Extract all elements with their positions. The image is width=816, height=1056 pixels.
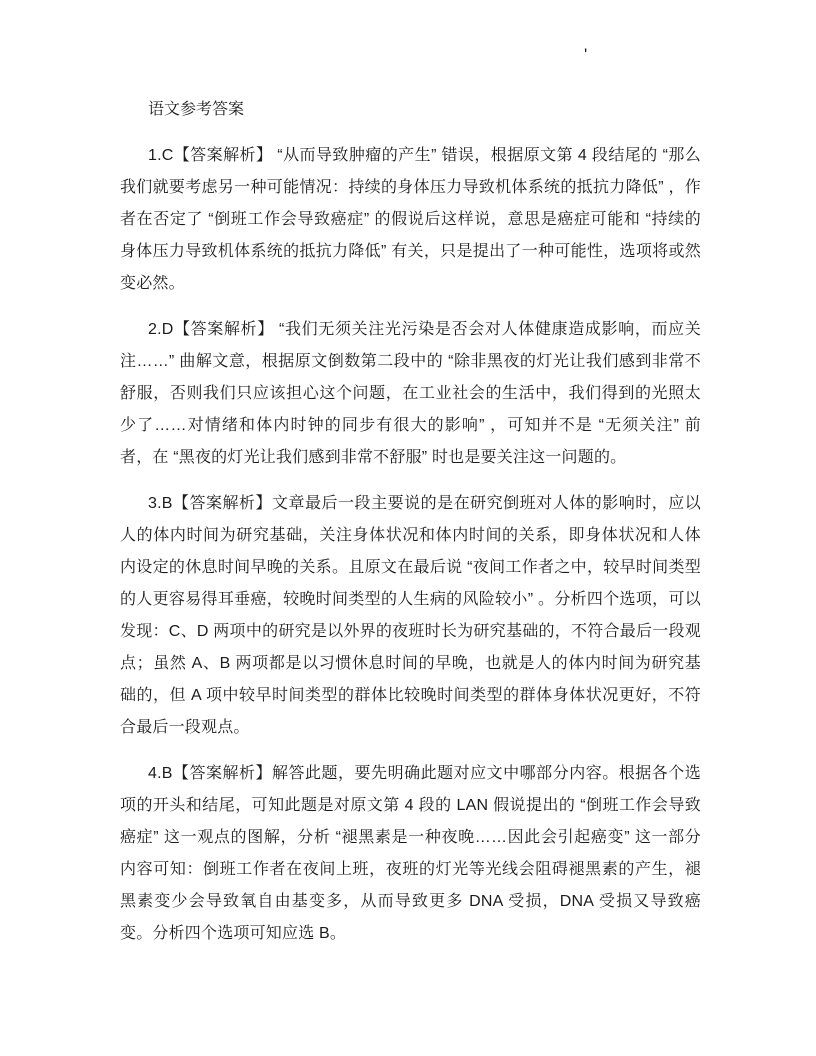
stray-mark: ' <box>584 46 587 63</box>
document-content: 语文参考答案 1.C【答案解析】 “从而导致肿瘤的产生” 错误，根据原文第 4 … <box>120 94 701 950</box>
answer-explanation-4: 4.B【答案解析】解答此题，要先明确此题对应文中哪部分内容。根据各个选项的开头和… <box>120 758 701 950</box>
document-title: 语文参考答案 <box>120 94 701 126</box>
document-page: ' 语文参考答案 1.C【答案解析】 “从而导致肿瘤的产生” 错误，根据原文第 … <box>0 0 816 1056</box>
answer-explanation-2: 2.D【答案解析】 “我们无须关注光污染是否会对人体健康造成影响，而应关注……”… <box>120 314 701 474</box>
answer-explanation-3: 3.B【答案解析】文章最后一段主要说的是在研究倒班对人体的影响时，应以人的体内时… <box>120 488 701 744</box>
answer-explanation-1: 1.C【答案解析】 “从而导致肿瘤的产生” 错误，根据原文第 4 段结尾的 “那… <box>120 140 701 300</box>
